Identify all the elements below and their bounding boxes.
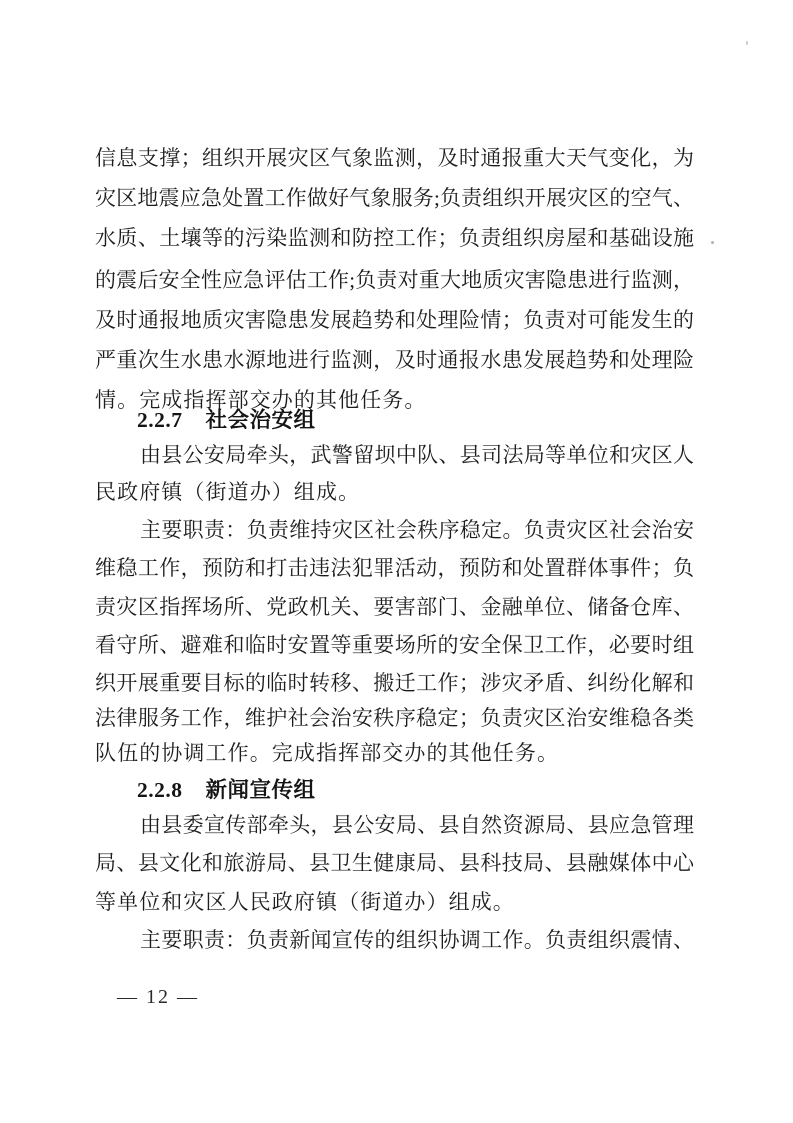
text-line: 织开展重要目标的临时转移、搬迁工作；涉灾矛盾、纠纷化解和 [95,672,694,695]
scan-artifact-dot [746,41,748,45]
text-line: 局、县文化和旅游局、县卫生健康局、县科技局、县融媒体中心 [95,852,694,875]
text-line: 责灾区指挥场所、党政机关、要害部门、金融单位、储备仓库、 [95,596,694,619]
text-line: 水质、土壤等的污染监测和防控工作；负责组织房屋和基础设施 [95,227,694,250]
scan-artifact-dot [711,241,714,244]
text-line: 及时通报地质灾害隐患发展趋势和处理险情；负责对可能发生的 [95,309,694,332]
section-heading: 2.2.7社会治安组 [95,408,316,432]
heading-number: 2.2.8 [137,778,183,802]
text-line: 灾区地震应急处置工作做好气象服务;负责组织开展灾区的空气、 [95,187,694,210]
text-line: 严重次生水患水源地进行监测，及时通报水患发展趋势和处理险 [95,349,694,372]
text-line: 队伍的协调工作。完成指挥部交办的其他任务。 [95,742,694,765]
text-line: 主要职责：负责新闻宣传的组织协调工作。负责组织震情、 [95,929,694,952]
text-line: 的震后安全性应急评估工作;负责对重大地质灾害隐患进行监测， [95,269,694,292]
text-line: 维稳工作，预防和打击违法犯罪活动，预防和处置群体事件；负 [95,557,694,580]
heading-title: 新闻宣传组 [206,778,316,802]
text-line: 由县委宣传部牵头，县公安局、县自然资源局、县应急管理 [95,814,694,837]
heading-number: 2.2.7 [137,408,183,432]
section-heading: 2.2.8新闻宣传组 [95,778,316,802]
heading-title: 社会治安组 [206,408,316,432]
text-line: 民政府镇（街道办）组成。 [95,481,694,504]
text-line: 法律服务工作，维护社会治安秩序稳定；负责灾区治安维稳各类 [95,707,694,730]
text-line: 信息支撑；组织开展灾区气象监测，及时通报重大天气变化，为 [95,147,694,170]
text-line: 由县公安局牵头，武警留坝中队、县司法局等单位和灾区人 [95,444,694,467]
text-line: 主要职责：负责维持灾区社会秩序稳定。负责灾区社会治安 [95,519,694,542]
text-line: 等单位和灾区人民政府镇（街道办）组成。 [95,891,694,914]
text-line: 看守所、避难和临时安置等重要场所的安全保卫工作，必要时组 [95,634,694,657]
document-page: 信息支撑；组织开展灾区气象监测，及时通报重大天气变化，为灾区地震应急处置工作做好… [0,0,793,1123]
page-number: — 12 — [117,986,199,1009]
